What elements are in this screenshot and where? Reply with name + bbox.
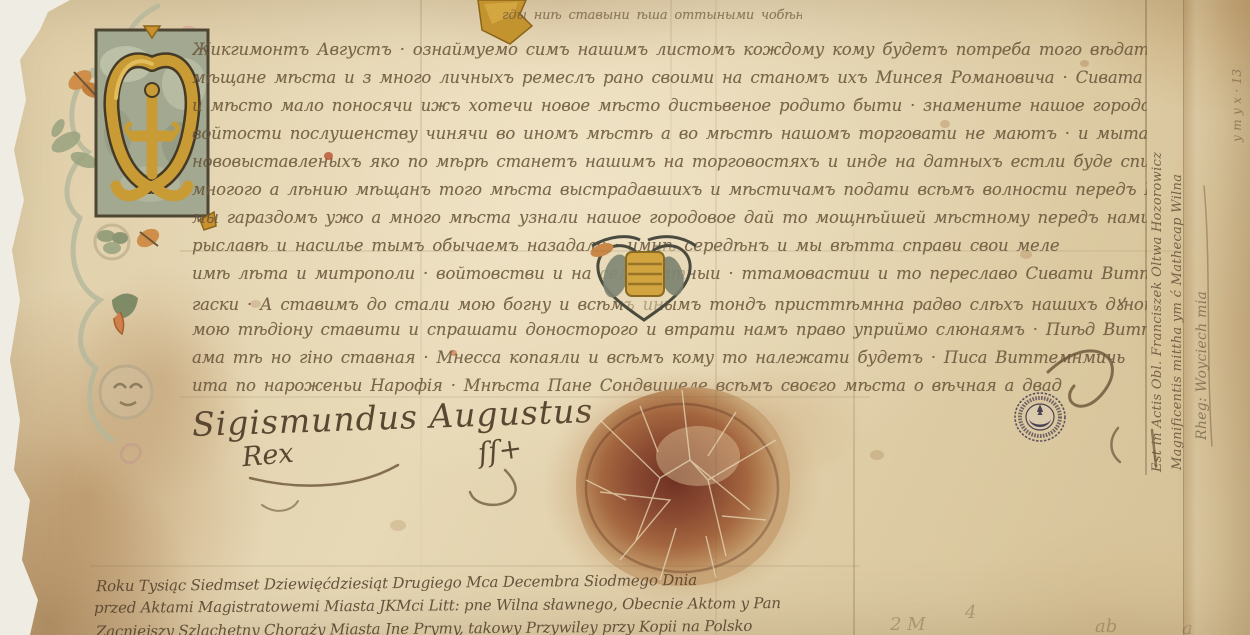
- ink-flourishes: [0, 0, 1250, 635]
- plica-fold-edge: [1183, 0, 1250, 635]
- manuscript-scan: гды ниѣ ставыни ѣша оттыными чобѣными ѣ …: [0, 0, 1250, 635]
